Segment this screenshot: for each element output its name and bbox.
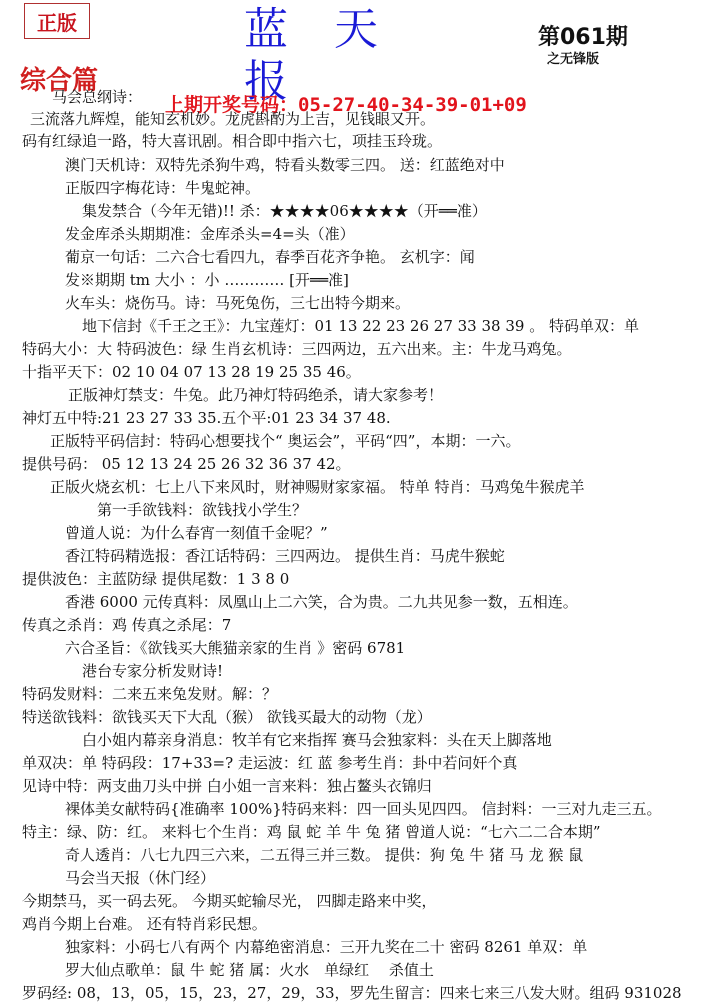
article-line: 特主：绿、防：红。 来料七个生肖：鸡 鼠 蛇 羊 牛 兔 猪 曾道人说：“七六二… (22, 821, 601, 843)
article-line: 单双决：单 特码段：17+33=? 走运波：红 蓝 参考生肖：卦中若问奸个真 (22, 752, 517, 774)
article-line: 特码发财料：二来五来兔发财。解：？ (22, 683, 277, 705)
article-line: 正版特平码信封：特码心想要找个“ 奥运会”，平码“四”，本期：一六。 (50, 430, 520, 452)
article-line: 马会当天报（休门经） (65, 867, 215, 889)
article-line: 今期禁马，买一码去死。 今期买蛇输尽光， 四脚走路来中奖， (22, 890, 437, 912)
article-line: 奇人透肖：八七九四三六来，二五得三并三数。 提供：狗 兔 牛 猪 马 龙 猴 鼠 (65, 844, 583, 866)
article-line: 十指平天下：02 10 04 07 13 28 19 25 35 46。 (22, 361, 361, 383)
article-line: 葡京一句话：二六合七看四九，春季百花齐争艳。 玄机字：闻 (65, 246, 475, 268)
article-line: 正版四字梅花诗：牛鬼蛇神。 (65, 177, 260, 199)
article-line: 见诗中特：两支曲刀头中拼 白小姐一言来料：独占鳌头衣锦归 (22, 775, 432, 797)
issue-number: 第061期 (538, 20, 628, 51)
article-line: 六合圣旨：《欲钱买大熊猫亲家的生肖 》密码 6781 (65, 637, 405, 659)
article-line: 罗码经: 08，13，05，15，23，27，29，33，罗先生留言：四来七来三… (22, 982, 682, 1004)
article-line: 澳门天机诗：双特先杀狗牛鸡，特看头数零三四。 送：红蓝绝对中 (65, 154, 505, 176)
article-line: 裸体美女献特码{准确率 100%}特码来料：四一回头见四四。 信封料：一三对九走… (65, 798, 662, 820)
article-line: 香港 6000 元传真料：凤凰山上二六笑，合为贵。二九共见参一数，五相连。 (65, 591, 578, 613)
article-line: 港台专家分析发财诗! (82, 660, 223, 682)
article-line: 鸡肖今期上台难。 还有特肖彩民想。 (22, 913, 267, 935)
article-line: 正版火烧玄机：七上八下来风时，财神赐财家家福。 特单 特肖：马鸡兔牛猴虎羊 (50, 476, 585, 498)
official-edition-stamp: 正版 (24, 3, 90, 39)
article-line: 提供波色：主蓝防绿 提供尾数：1 3 8 0 (22, 568, 289, 590)
article-line: 独家料：小码七八有两个 内幕绝密消息：三开九奖在二十 密码 8261 单双：单 (65, 936, 587, 958)
article-line: 罗大仙点歌单：鼠 牛 蛇 猪 属：火水 单绿红 杀值土 (65, 959, 434, 981)
article-line: 马会总纲诗： (52, 86, 142, 108)
edition-label: 之无锋版 (547, 48, 599, 67)
article-line: 白小姐内幕亲身消息：牧羊有它来指挥 赛马会独家料：头在天上脚落地 (82, 729, 552, 751)
article-line: 提供号码： 05 12 13 24 25 26 32 36 37 42。 (22, 453, 351, 475)
article-line: 特码大小：大 特码波色：绿 生肖玄机诗：三四两边，五六出来。主：牛龙马鸡兔。 (22, 338, 572, 360)
article-line: 三流落九辉煌，能知玄机妙。龙虎斟酌为上吉，见钱眼又开。 (30, 108, 435, 130)
article-line: 正版神灯禁支：牛兔。此乃神灯特码绝杀，请大家参考！ (68, 384, 443, 406)
article-line: 曾道人说：为什么春宵一刻值千金呢？” (65, 522, 328, 544)
article-line: 神灯五中特:21 23 27 33 35.五个平:01 23 34 37 48. (22, 407, 391, 429)
article-line: 香江特码精选报：香江话特码：三四两边。 提供生肖：马虎牛猴蛇 (65, 545, 505, 567)
article-line: 集发禁合（今年无错)!! 杀：★★★★06★★★★（开══准） (82, 200, 487, 222)
article-line: 地下信封《千王之王》：九宝莲灯：01 13 22 23 26 27 33 38 … (82, 315, 639, 337)
article-line: 码有红绿追一路，特大喜讯剧。相合即中指六七，项挂玉玲珑。 (22, 130, 442, 152)
article-line: 第一手欲钱料：欲钱找小学生？ (97, 499, 307, 521)
article-line: 发金库杀头期期准：金库杀头=4=头（准） (65, 223, 355, 245)
article-line: 火车头：烧伤马。诗：马死兔伤，三七出特今期来。 (65, 292, 410, 314)
article-line: 传真之杀肖：鸡 传真之杀尾：7 (22, 614, 231, 636)
article-line: 发※期期 tm 大小 ：小 ………… [开══准] (65, 269, 349, 291)
article-line: 特送欲钱料：欲钱买天下大乱（猴） 欲钱买最大的动物（龙） (22, 706, 432, 728)
